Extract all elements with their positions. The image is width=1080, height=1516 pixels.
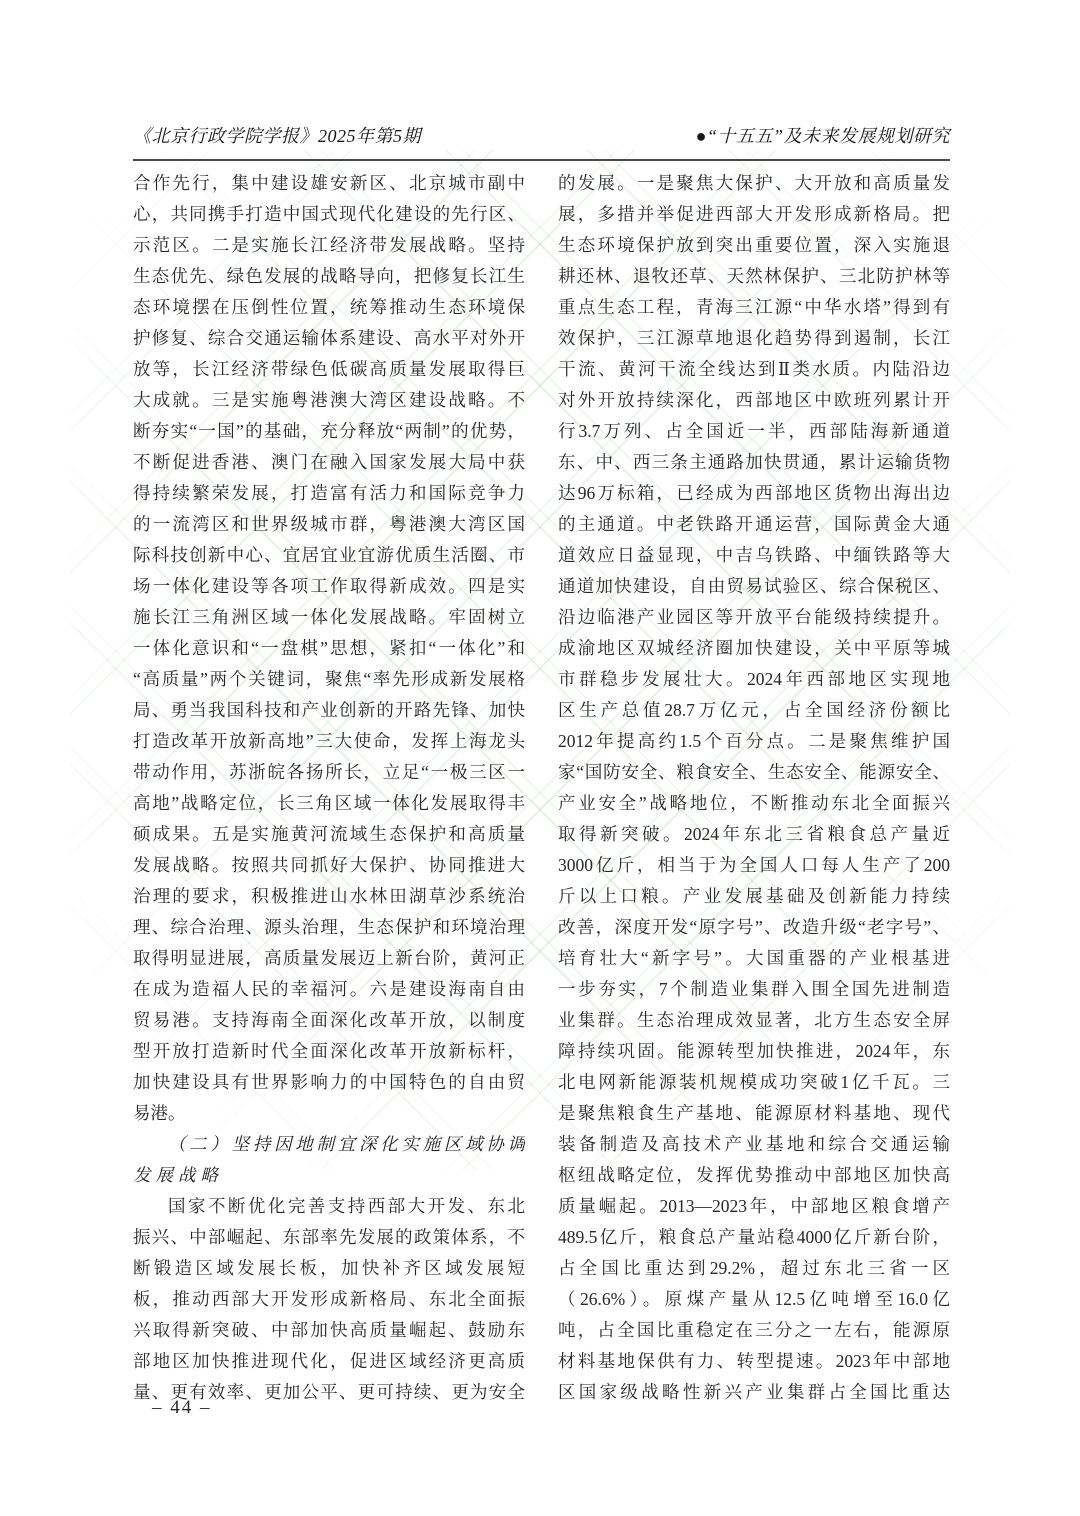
text-line: 的主通道。中老铁路开通运营，国际黄金大通 bbox=[558, 509, 950, 540]
text-line: 发展战略。按照共同抓好大保护、协同推进大 bbox=[133, 850, 525, 881]
text-line: 装备制造及高技术产业基地和综合交通运输 bbox=[558, 1129, 950, 1160]
text-line: 态环境摆在压倒性位置，统筹推动生态环境保 bbox=[133, 292, 525, 323]
text-line: 3000亿斤，相当于为全国人口每人生产了200 bbox=[558, 850, 950, 881]
text-line: 兴取得新突破、中部加快高质量崛起、鼓励东 bbox=[133, 1315, 525, 1346]
left-column: 合作先行，集中建设雄安新区、北京城市副中心，共同携手打造中国式现代化建设的先行区… bbox=[133, 168, 525, 1408]
text-line: 一步夯实，7个制造业集群入围全国先进制造 bbox=[558, 974, 950, 1005]
text-line: 成渝地区双城经济圈加快建设，关中平原等城 bbox=[558, 633, 950, 664]
text-line: 干流、黄河干流全线达到Ⅱ类水质。内陆沿边 bbox=[558, 354, 950, 385]
text-line: 达96万标箱，已经成为西部地区货物出海出边 bbox=[558, 478, 950, 509]
text-line: （26.6%）。原煤产量从12.5亿吨增至16.0亿 bbox=[558, 1284, 950, 1315]
text-line: 区国家级战略性新兴产业集群占全国比重达 bbox=[558, 1377, 950, 1408]
text-line: 东、中、西三条主通路加快贯通，累计运输货物 bbox=[558, 447, 950, 478]
text-line: 示范区。二是实施长江经济带发展战略。坚持 bbox=[133, 230, 525, 261]
text-line: 区生产总值28.7万亿元，占全国经济份额比 bbox=[558, 695, 950, 726]
text-line: 易港。 bbox=[133, 1098, 525, 1129]
text-line: 对外开放持续深化，西部地区中欧班列累计开 bbox=[558, 385, 950, 416]
journal-issue-label: 《北京行政学院学报》2025年第5期 bbox=[133, 122, 421, 148]
text-line: 通道加快建设，自由贸易试验区、综合保税区、 bbox=[558, 571, 950, 602]
text-line: “高质量”两个关键词，聚焦“率先形成新发展格 bbox=[133, 664, 525, 695]
text-line: 护修复、综合交通运输体系建设、高水平对外开 bbox=[133, 323, 525, 354]
section-topic-label: ●“十五五”及未来发展规划研究 bbox=[696, 122, 950, 148]
text-line: 吨，占全国比重稳定在三分之一左右，能源原 bbox=[558, 1315, 950, 1346]
text-line: 培育壮大“新字号”。大国重器的产业根基进 bbox=[558, 943, 950, 974]
text-line: 合作先行，集中建设雄安新区、北京城市副中 bbox=[133, 168, 525, 199]
text-line: 加快建设具有世界影响力的中国特色的自由贸 bbox=[133, 1067, 525, 1098]
text-line: 大成就。三是实施粤港澳大湾区建设战略。不 bbox=[133, 385, 525, 416]
text-line: 家“国防安全、粮食安全、生态安全、能源安全、 bbox=[558, 757, 950, 788]
text-line: 在成为造福人民的幸福河。六是建设海南自由 bbox=[133, 974, 525, 1005]
text-line: 2012年提高约1.5个百分点。二是聚焦维护国 bbox=[558, 726, 950, 757]
text-line: 断锻造区域发展长板，加快补齐区域发展短 bbox=[133, 1253, 525, 1284]
text-line: 枢纽战略定位，发挥优势推动中部地区加快高 bbox=[558, 1160, 950, 1191]
text-line: 改善，深度开发“原字号”、改造升级“老字号”、 bbox=[558, 912, 950, 943]
text-line: 489.5亿斤，粮食总产量站稳4000亿斤新台阶， bbox=[558, 1222, 950, 1253]
text-line: 断夯实“一国”的基础，充分释放“两制”的优势， bbox=[133, 416, 525, 447]
text-line: 生态环境保护放到突出重要位置，深入实施退 bbox=[558, 230, 950, 261]
article-body: 合作先行，集中建设雄安新区、北京城市副中心，共同携手打造中国式现代化建设的先行区… bbox=[133, 168, 950, 1408]
text-line: 道效应日益显现，中吉乌铁路、中缅铁路等大 bbox=[558, 540, 950, 571]
text-line: 局、勇当我国科技和产业创新的开路先锋、加快 bbox=[133, 695, 525, 726]
text-line: 贸易港。支持海南全面深化改革开放，以制度 bbox=[133, 1005, 525, 1036]
text-line: 场一体化建设等各项工作取得新成效。四是实 bbox=[133, 571, 525, 602]
text-line: 产业安全”战略地位，不断推动东北全面振兴 bbox=[558, 788, 950, 819]
text-line: 板，推动西部大开发形成新格局、东北全面振 bbox=[133, 1284, 525, 1315]
text-line: 效保护，三江源草地退化趋势得到遏制，长江 bbox=[558, 323, 950, 354]
page-header: 《北京行政学院学报》2025年第5期 ●“十五五”及未来发展规划研究 bbox=[133, 122, 950, 161]
text-line: 部地区加快推进现代化，促进区域经济更高质 bbox=[133, 1346, 525, 1377]
text-line: 沿边临港产业园区等开放平台能级持续提升。 bbox=[558, 602, 950, 633]
text-line: 耕还林、退牧还草、天然林保护、三北防护林等 bbox=[558, 261, 950, 292]
text-line: 不断促进香港、澳门在融入国家发展大局中获 bbox=[133, 447, 525, 478]
text-line: 的发展。一是聚焦大保护、大开放和高质量发 bbox=[558, 168, 950, 199]
text-line: 国家不断优化完善支持西部大开发、东北 bbox=[133, 1191, 525, 1222]
text-line: 北电网新能源装机规模成功突破1亿千瓦。三 bbox=[558, 1067, 950, 1098]
text-line: 取得明显进展，高质量发展迈上新台阶，黄河正 bbox=[133, 943, 525, 974]
text-line: 理、综合治理、源头治理，生态保护和环境治理 bbox=[133, 912, 525, 943]
text-line: 振兴、中部崛起、东部率先发展的政策体系，不 bbox=[133, 1222, 525, 1253]
text-line: 的一流湾区和世界级城市群，粤港澳大湾区国 bbox=[133, 509, 525, 540]
text-line: 型开放打造新时代全面深化改革开放新标杆， bbox=[133, 1036, 525, 1067]
text-line: 发展战略 bbox=[133, 1160, 525, 1191]
right-column: 的发展。一是聚焦大保护、大开放和高质量发展，多措并举促进西部大开发形成新格局。把… bbox=[558, 168, 950, 1408]
text-line: 放等，长江经济带绿色低碳高质量发展取得巨 bbox=[133, 354, 525, 385]
text-line: 市群稳步发展壮大。2024年西部地区实现地 bbox=[558, 664, 950, 695]
text-line: 斤以上口粮。产业发展基础及创新能力持续 bbox=[558, 881, 950, 912]
text-line: 重点生态工程，青海三江源“中华水塔”得到有 bbox=[558, 292, 950, 323]
text-line: （二）坚持因地制宜深化实施区域协调 bbox=[133, 1129, 525, 1160]
text-line: 障持续巩固。能源转型加快推进，2024年，东 bbox=[558, 1036, 950, 1067]
text-line: 施长江三角洲区域一体化发展战略。牢固树立 bbox=[133, 602, 525, 633]
text-line: 是聚焦粮食生产基地、能源原材料基地、现代 bbox=[558, 1098, 950, 1129]
text-line: 高地”战略定位，长三角区域一体化发展取得丰 bbox=[133, 788, 525, 819]
text-line: 行3.7万列、占全国近一半，西部陆海新通道 bbox=[558, 416, 950, 447]
text-line: 带动作用，苏浙皖各扬所长，立足“一极三区一 bbox=[133, 757, 525, 788]
text-line: 取得新突破。2024年东北三省粮食总产量近 bbox=[558, 819, 950, 850]
text-line: 材料基地保供有力、转型提速。2023年中部地 bbox=[558, 1346, 950, 1377]
text-line: 业集群。生态治理成效显著，北方生态安全屏 bbox=[558, 1005, 950, 1036]
text-line: 质量崛起。2013—2023年，中部地区粮食增产 bbox=[558, 1191, 950, 1222]
text-line: 际科技创新中心、宜居宜业宜游优质生活圈、市 bbox=[133, 540, 525, 571]
text-line: 硕成果。五是实施黄河流域生态保护和高质量 bbox=[133, 819, 525, 850]
text-line: 心，共同携手打造中国式现代化建设的先行区、 bbox=[133, 199, 525, 230]
text-line: 治理的要求，积极推进山水林田湖草沙系统治 bbox=[133, 881, 525, 912]
text-line: 打造改革开放新高地”三大使命，发挥上海龙头 bbox=[133, 726, 525, 757]
text-line: 一体化意识和“一盘棋”思想，紧扣“一体化”和 bbox=[133, 633, 525, 664]
text-line: 生态优先、绿色发展的战略导向，把修复长江生 bbox=[133, 261, 525, 292]
text-line: 占全国比重达到29.2%，超过东北三省一区 bbox=[558, 1253, 950, 1284]
text-line: 得持续繁荣发展，打造富有活力和国际竞争力 bbox=[133, 478, 525, 509]
text-line: 展，多措并举促进西部大开发形成新格局。把 bbox=[558, 199, 950, 230]
page-number: – 44 – bbox=[152, 1392, 212, 1423]
